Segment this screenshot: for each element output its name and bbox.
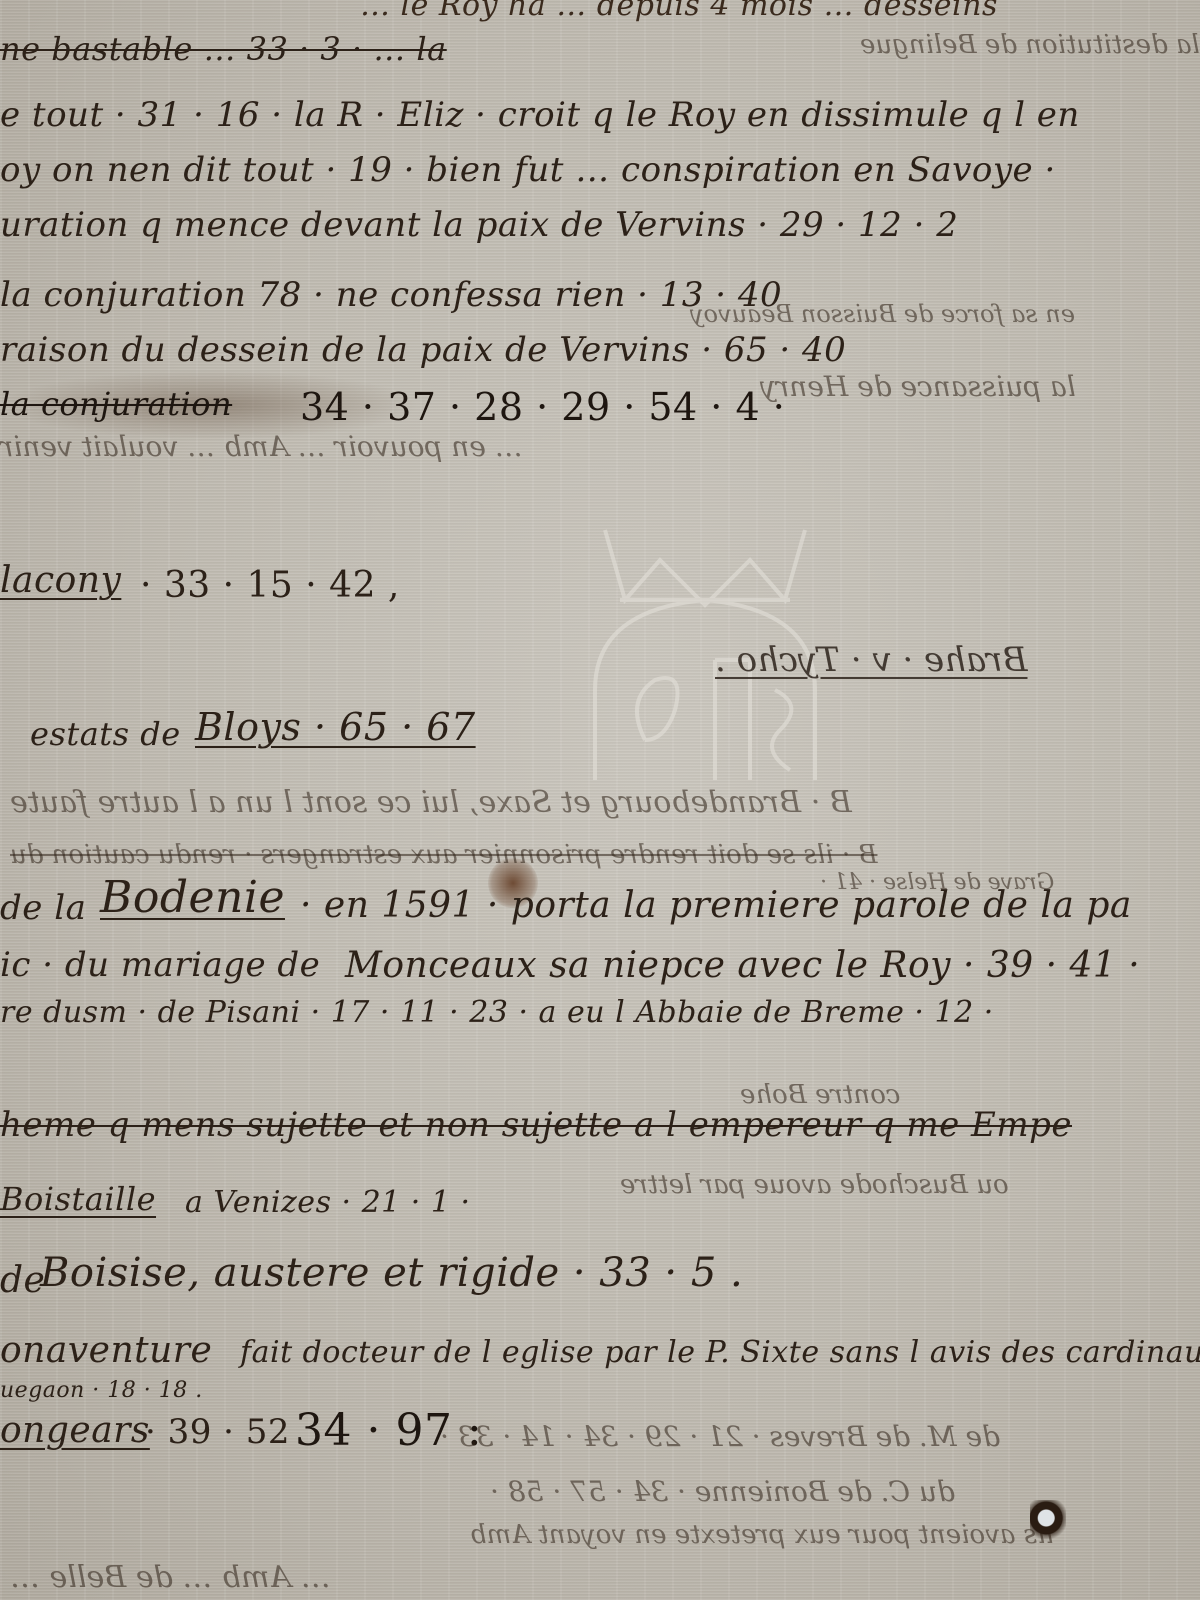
manuscript-line: de [0, 1260, 45, 1301]
manuscript-line: de la [0, 888, 86, 928]
bleed-through-text: B · Brandebourg et Saxe, lui ce sont l u… [10, 785, 852, 820]
manuscript-line: raison du dessein de la paix de Vervins … [0, 330, 846, 370]
manuscript-line: uegaon · 18 · 18 . [0, 1378, 203, 1403]
manuscript-line-struck: heme q mens sujette et non sujette a l e… [0, 1105, 1072, 1145]
index-heading: Bodenie [100, 872, 285, 923]
index-heading: Boisise, austere et rigide · 33 · 5 . [40, 1250, 743, 1296]
bleed-through-text: la puissance de Henry [760, 370, 1076, 403]
manuscript-line: oy on nen dit tout · 19 · bien fut … con… [0, 150, 1056, 190]
manuscript-line: · en 1591 · porta la premiere parole de … [300, 885, 1132, 926]
manuscript-line: e tout · 31 · 16 · la R · Eliz · croit q… [0, 95, 1080, 135]
manuscript-line: … le Roy ha … depuis 4 mois … desseins [360, 0, 998, 23]
manuscript-line-struck: ne bastable … 33 · 3 · … la [0, 30, 447, 68]
bleed-through-text: ou Buschode avoue par lettre [620, 1170, 1009, 1200]
bleed-through-text: … en pouvoir … Amb … voulait venir [0, 430, 523, 463]
bleed-through-text: B · ils se doit rendre prisonnier aux es… [10, 840, 877, 870]
manuscript-line: a Venizes · 21 · 1 · [185, 1185, 471, 1220]
index-heading: lacony [0, 560, 121, 601]
bleed-through-heading: Brahe · v · Tycho . [715, 640, 1028, 680]
bleed-through-text: contre Bohe [740, 1080, 900, 1110]
index-heading: ongears [0, 1410, 150, 1451]
index-heading: Boistaille [0, 1180, 156, 1218]
manuscript-line: uration q mence devant la paix de Vervin… [0, 205, 958, 245]
bleed-through-text: du C. de Bonienne · 34 · 57 · 58 · [490, 1475, 955, 1508]
index-heading: Bloys · 65 · 67 [195, 705, 476, 749]
manuscript-line: Monceaux sa niepce avec le Roy · 39 · 41… [345, 945, 1140, 986]
page-references: 34 · 37 · 28 · 29 · 54 · 4 · [300, 385, 785, 429]
manuscript-page: … le Roy ha … depuis 4 mois … desseins n… [0, 0, 1200, 1600]
index-heading: onaventure [0, 1330, 212, 1371]
bleed-through-text: ils avoient pour eux pretexte en voyant … [470, 1520, 1054, 1550]
manuscript-line: fait docteur de l eglise par le P. Sixte… [240, 1335, 1200, 1370]
bleed-through-text: en sa force de Buisson Beauvoy [690, 300, 1075, 328]
bleed-through-text: … Amb … de Belle … [10, 1560, 331, 1595]
manuscript-line: re dusm · de Pisani · 17 · 11 · 23 · a e… [0, 995, 994, 1030]
manuscript-line: la conjuration 78 · ne confessa rien · 1… [0, 275, 782, 315]
page-references: · 39 · 52 [145, 1412, 290, 1452]
manuscript-line: estats de [30, 715, 181, 753]
paper-hole [1030, 1500, 1066, 1540]
page-references: · 33 · 15 · 42 , [140, 565, 400, 606]
manuscript-line: ic · du mariage de [0, 945, 320, 985]
manuscript-line-struck: la conjuration [0, 385, 232, 423]
bleed-through-text: tracha la destitution de Belingue [860, 30, 1200, 60]
bleed-through-text: de M. de Breves · 21 · 29 · 34 · 14 · 33… [440, 1420, 1000, 1453]
